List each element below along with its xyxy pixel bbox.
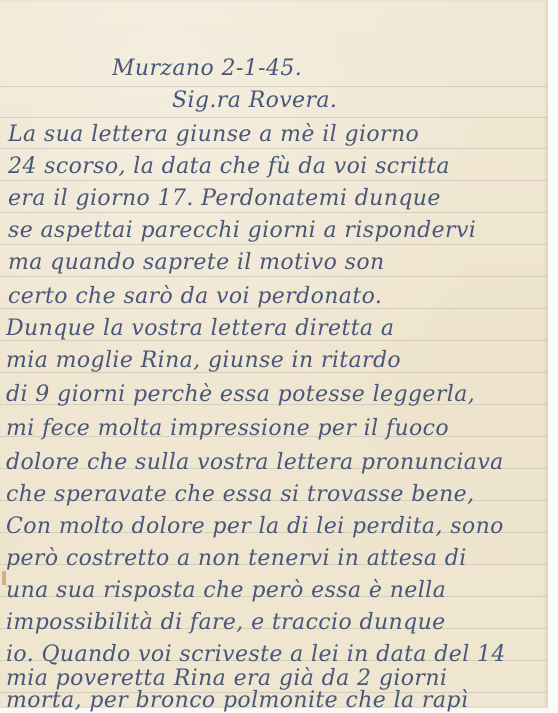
letter-body-line: Con molto dolore per la di lei perdita, … [6,516,504,538]
letter-body-line: io. Quando voi scriveste a lei in data d… [6,644,506,666]
letter-body-line: mia poveretta Rina era già da 2 giorni [6,668,447,690]
ruled-line [0,117,548,118]
letter-body-line: morta, per bronco polmonite che la rapì [6,690,468,708]
ruled-line [0,244,548,245]
letter-body-line: impossibilità di fare, e traccio dunque [6,612,446,634]
letter-body-line: era il giorno 17. Perdonatemi dunque [8,188,441,210]
page-edge [548,0,558,708]
letter-body-line: La sua lettera giunse a mè il giorno [8,124,419,146]
letter-body-line: certo che sarò da voi perdonato. [8,286,382,308]
letter-body-line: una sua risposta che però essa è nella [6,580,446,602]
letter-body-line: dolore che sulla vostra lettera pronunci… [6,452,504,474]
letter-body-line: mia moglie Rina, giunse in ritardo [6,350,401,372]
letter-body-line: mi fece molta impressione per il fuoco [6,418,449,440]
letter-body-line: di 9 giorni perchè essa potesse leggerla… [6,384,475,406]
letter-body-line: 24 scorso, la data che fù da voi scritta [8,156,450,178]
ruled-line [0,180,548,181]
ruled-line [0,148,548,149]
ruled-line [0,276,548,277]
letter-body-line: che speravate che essa si trovasse bene, [6,484,474,506]
letter-body-line: se aspettai parecchi giorni a risponderv… [8,220,476,242]
letter-body-line: però costretto a non tenervi in attesa d… [6,548,467,570]
letter-body-line: Dunque la vostra lettera diretta a [6,318,394,340]
letter-page: Murzano 2-1-45. Sig.ra Rovera. La sua le… [0,0,548,708]
letter-salutation: Sig.ra Rovera. [172,90,337,112]
letter-body-line: ma quando saprete il motivo son [8,252,385,274]
ruled-line [0,86,548,87]
ruled-line [0,212,548,213]
letter-place-date: Murzano 2-1-45. [112,58,302,80]
